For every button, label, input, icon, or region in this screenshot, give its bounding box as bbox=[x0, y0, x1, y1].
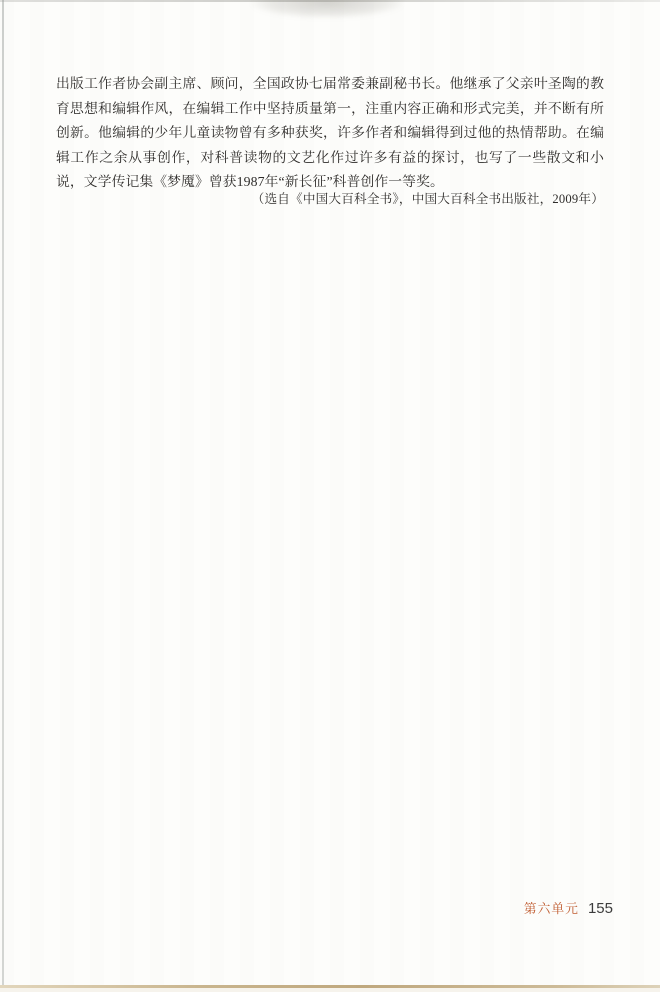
paragraph-line: 创新。他编辑的少年儿童读物曾有多种获奖，许多作者和编辑得到过他的热情帮助。在编 bbox=[56, 121, 604, 146]
body-paragraph: 出版工作者协会副主席、顾问，全国政协七届常委兼副秘书长。他继承了父亲叶圣陶的教 … bbox=[56, 72, 604, 195]
scan-bottom-strip bbox=[0, 988, 660, 992]
paragraph-line: 辑工作之余从事创作，对科普读物的文艺化作过许多有益的探讨，也写了一些散文和小 bbox=[56, 146, 604, 171]
unit-label: 第六单元 bbox=[524, 898, 579, 917]
paragraph-line: 出版工作者协会副主席、顾问，全国政协七届常委兼副秘书长。他继承了父亲叶圣陶的教 bbox=[56, 72, 604, 97]
scanned-book-page: 出版工作者协会副主席、顾问，全国政协七届常委兼副秘书长。他继承了父亲叶圣陶的教 … bbox=[0, 0, 660, 992]
source-citation: （选自《中国大百科全书》，中国大百科全书出版社，2009年） bbox=[252, 190, 604, 208]
page-footer: 第六单元 155 bbox=[524, 898, 613, 917]
paragraph-line: 育思想和编辑作风，在编辑工作中坚持质量第一，注重内容正确和形式完美，并不断有所 bbox=[56, 97, 604, 122]
scan-left-edge-artifact bbox=[2, 0, 4, 988]
scan-smudge-artifact bbox=[252, 0, 402, 18]
page-number: 155 bbox=[588, 900, 613, 917]
